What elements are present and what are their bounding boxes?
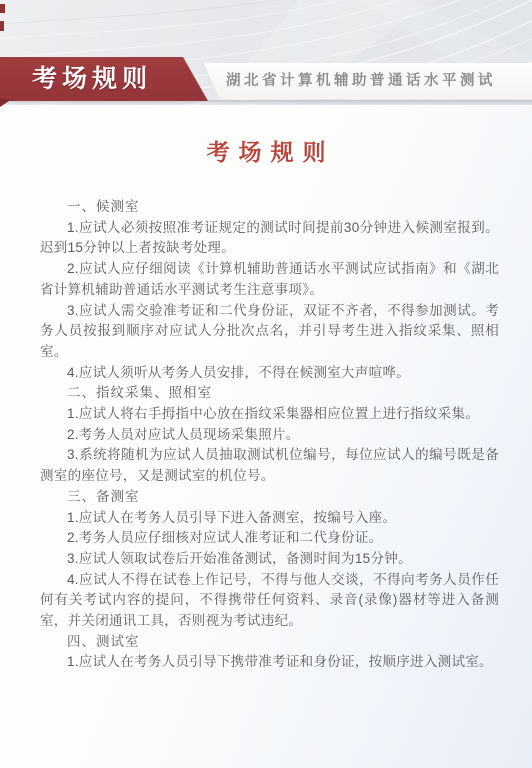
section-heading: 一、候测室	[40, 197, 499, 218]
rule-paragraph: 1.应试人必须按照准考证规定的测试时间提前30分钟进入候测室报到。迟到15分钟以…	[40, 218, 499, 259]
header-subtitle-band: 湖北省计算机辅助普通话水平测试	[200, 63, 532, 99]
scan-edge-artifact	[0, 21, 4, 31]
rule-paragraph: 4.应试人不得在试卷上作记号，不得与他人交谈，不得向考务人员作任何有关考试内容的…	[40, 570, 499, 632]
section-heading: 四、测试室	[40, 632, 499, 653]
header-subtitle: 湖北省计算机辅助普通话水平测试	[200, 63, 532, 99]
rule-paragraph: 1.应试人将右手拇指中心放在指纹采集器相应位置上进行指纹采集。	[40, 404, 499, 425]
rule-paragraph: 2.考务人员对应试人员现场采集照片。	[40, 425, 499, 446]
header-label: 考场规则	[0, 57, 208, 101]
rule-paragraph: 3.系统将随机为应试人员抽取测试机位编号，每位应试人的编号既是备测室的座位号，又…	[40, 445, 499, 486]
rule-paragraph: 1.应试人在考务人员引导下携带准考证和身份证，按顺序进入测试室。	[40, 652, 499, 673]
rule-paragraph: 3.应试人需交验准考证和二代身份证，双证不齐者，不得参加测试。考务人员按报到顺序…	[40, 301, 499, 363]
section-heading: 二、指纹采集、照相室	[40, 383, 499, 404]
page-title: 考场规则	[0, 134, 532, 167]
header-label-box: 考场规则	[0, 57, 208, 101]
rule-paragraph: 2.应试人应仔细阅读《计算机辅助普通话水平测试应试指南》和《湖北省计算机辅助普通…	[40, 259, 499, 300]
rule-paragraph: 1.应试人在考务人员引导下进入备测室，按编号入座。	[40, 508, 499, 529]
section-heading: 三、备测室	[40, 487, 499, 508]
scan-edge-artifact	[0, 4, 5, 13]
rule-paragraph: 4.应试人须听从考务人员安排，不得在候测室大声喧哗。	[40, 363, 499, 384]
document-page: 湖北省计算机辅助普通话水平测试 考场规则 考场规则 一、候测室1.应试人必须按照…	[0, 0, 532, 768]
rule-paragraph: 3.应试人领取试卷后开始准备测试，备测时间为15分钟。	[40, 549, 499, 570]
rules-body: 一、候测室1.应试人必须按照准考证规定的测试时间提前30分钟进入候测室报到。迟到…	[40, 197, 499, 673]
rule-paragraph: 2.考务人员应仔细核对应试人准考证和二代身份证。	[40, 528, 499, 549]
